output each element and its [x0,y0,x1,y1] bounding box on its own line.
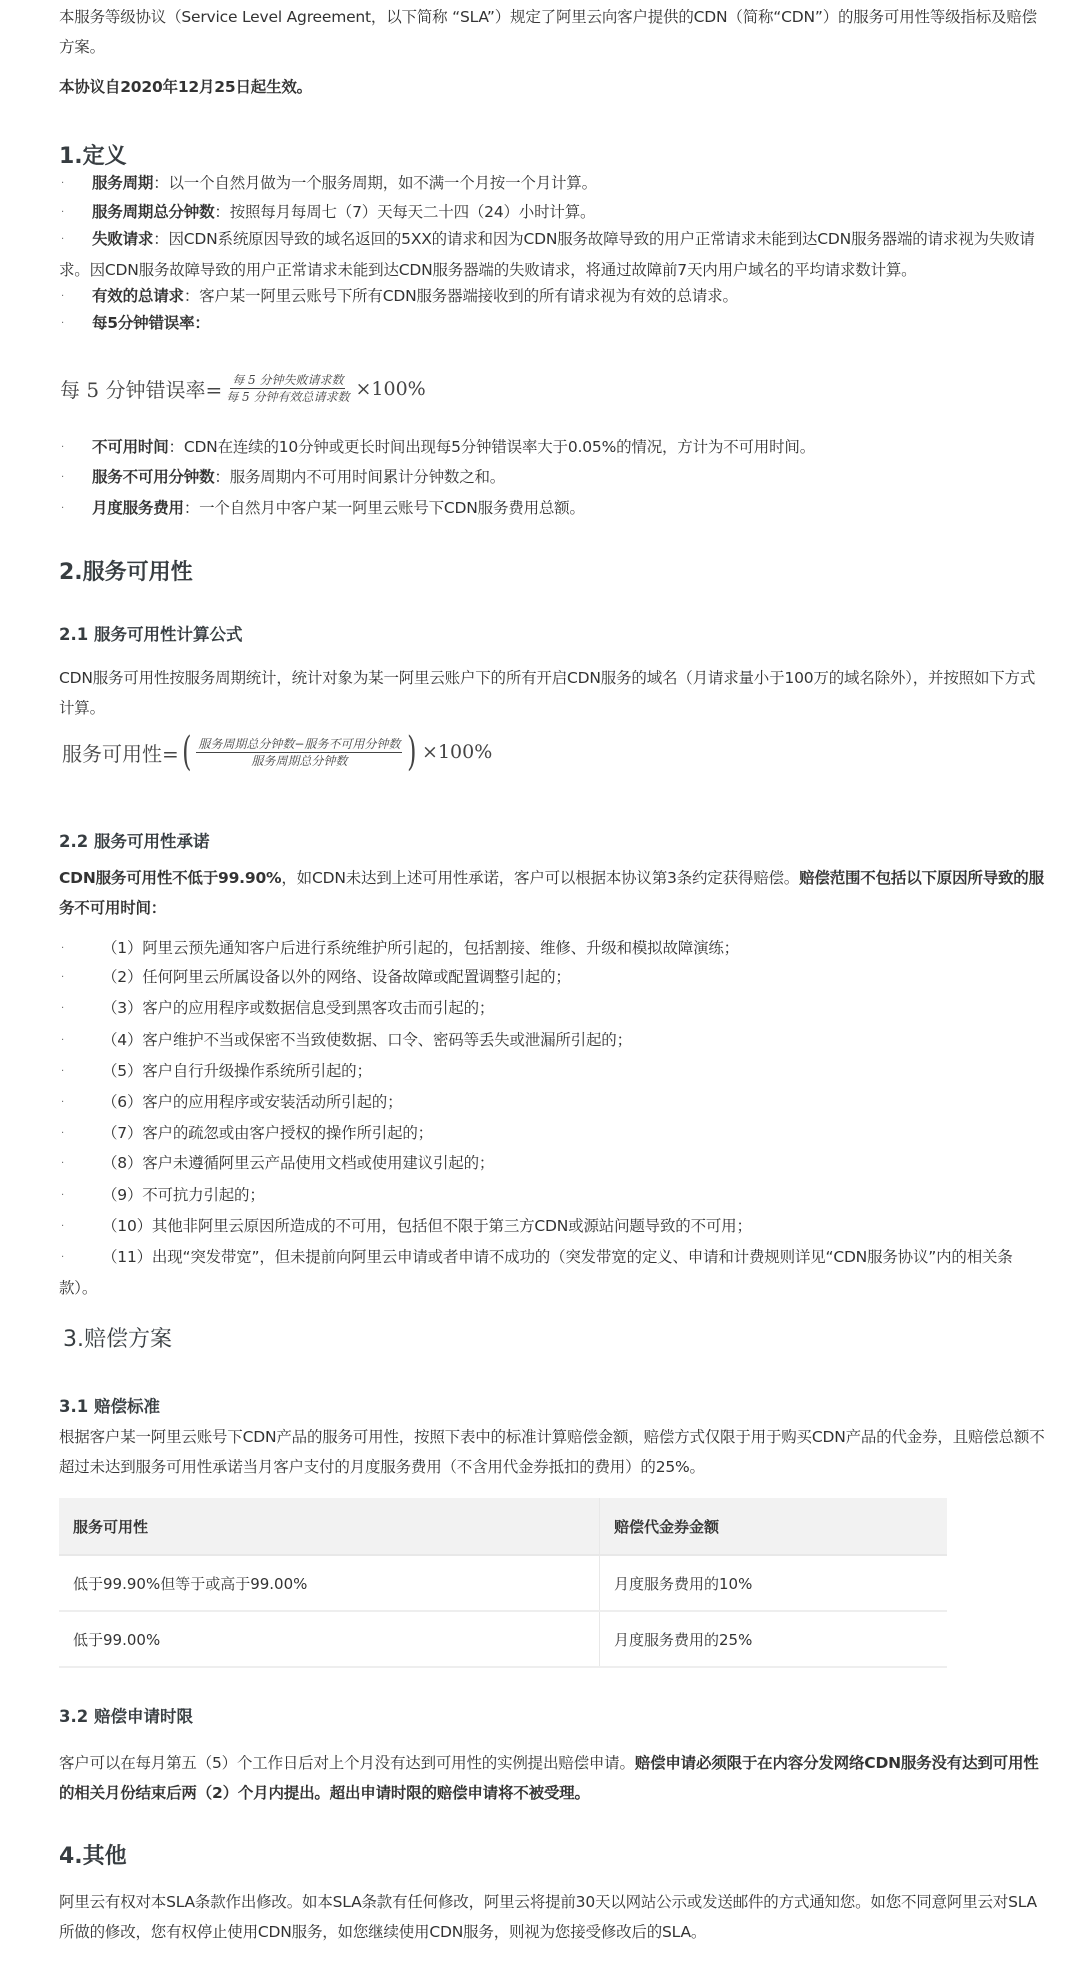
definition-text: ：服务周期内不可用时间累计分钟数之和。 [214,468,505,486]
exclusion-text: （5）客户自行升级操作系统所引起的； [102,1062,372,1080]
exclusion-item: ·（2）任何阿里云所属设备以外的网络、设备故障或配置调整引起的； [59,962,1049,993]
definition-term: 月度服务费用 [92,499,184,517]
exclusion-item: ·（8）客户未遵循阿里云产品使用文档或使用建议引起的； [59,1148,1049,1179]
bullet-icon: · [59,169,92,199]
formula-multiplier: ×100% [422,741,492,763]
section-3-1-heading: 3.1 赔偿标准 [59,1394,160,1420]
exclusion-item: ·（6）客户的应用程序或安装活动所引起的； [59,1087,1049,1118]
other-paragraph: 阿里云有权对本SLA条款作出修改。如本SLA条款有任何修改，阿里云将提前30天以… [59,1887,1049,1947]
table-cell: 月度服务费用的25% [600,1611,948,1667]
exclusion-item: ·（5）客户自行升级操作系统所引起的； [59,1056,1049,1087]
exclusion-item: ·（4）客户维护不当或保密不当致使数据、口令、密码等丢失或泄漏所引起的； [59,1025,1049,1056]
formula-multiplier: ×100% [355,378,425,400]
table-row: 低于99.90%但等于或高于99.00% 月度服务费用的10% [59,1555,947,1611]
formula-fraction: 服务周期总分钟数−服务不可用分钟数 服务周期总分钟数 [196,736,402,769]
error-rate-formula: 每 5 分钟错误率= 每 5 分钟失败请求数 每 5 分钟有效总请求数 ×100… [60,372,426,405]
exclusion-item: ·（11）出现“突发带宽”，但未提前向阿里云申请或者申请不成功的（突发带宽的定义… [59,1242,1049,1303]
formula-lhs: 服务可用性= [62,738,179,767]
definition-text: ：一个自然月中客户某一阿里云账号下CDN服务费用总额。 [184,499,585,517]
compensation-paragraph: 根据客户某一阿里云账号下CDN产品的服务可用性，按照下表中的标准计算赔偿金额，赔… [59,1422,1049,1482]
bullet-icon: · [59,1212,102,1242]
commitment-paragraph: CDN服务可用性不低于99.90%，如CDN未达到上述可用性承诺，客户可以根据本… [59,863,1049,923]
definition-term: 失败请求 [92,230,153,248]
section-3-heading: 3.赔偿方案 [63,1325,172,1355]
exclusion-text: （2）任何阿里云所属设备以外的网络、设备故障或配置调整引起的； [102,968,571,986]
bullet-icon: · [59,934,102,964]
bullet-icon: · [59,1149,102,1179]
bullet-icon: · [59,309,92,339]
exclusion-text: （10）其他非阿里云原因所造成的不可用，包括但不限于第三方CDN或源站问题导致的… [102,1217,752,1235]
formula-close-paren: ) [408,732,417,772]
commitment-text: ，如CDN未达到上述可用性承诺，客户可以根据本协议第3条约定获得赔偿。 [281,869,799,887]
table-cell: 低于99.00% [59,1611,600,1667]
formula-denominator: 每 5 分钟有效总请求数 [224,389,351,405]
bullet-icon: · [59,463,92,493]
definition-item: ·失败请求：因CDN系统原因导致的域名返回的5XX的请求和因为CDN服务故障导致… [59,224,1049,285]
definition-term: 每5分钟错误率 [92,314,194,332]
effective-date: 本协议自2020年12月25日起生效。 [59,72,1049,102]
bullet-icon: · [59,1088,102,1118]
exclusion-item: ·（10）其他非阿里云原因所造成的不可用，包括但不限于第三方CDN或源站问题导致… [59,1211,1049,1242]
section-4-heading: 4.其他 [59,1842,127,1872]
claim-deadline-paragraph: 客户可以在每月第五（5）个工作日后对上个月没有达到可用性的实例提出赔偿申请。赔偿… [59,1748,1049,1808]
definition-text: ：客户某一阿里云账号下所有CDN服务器端接收到的所有请求视为有效的总请求。 [184,287,738,305]
bullet-icon: · [59,963,102,993]
bullet-icon: · [59,994,102,1024]
bullet-icon: · [59,1057,102,1087]
bullet-icon: · [59,1181,102,1211]
table-header-row: 服务可用性 赔偿代金券金额 [59,1498,947,1555]
definition-text: ：因CDN系统原因导致的域名返回的5XX的请求和因为CDN服务故障导致的用户正常… [59,230,1035,279]
table-row: 低于99.00% 月度服务费用的25% [59,1611,947,1667]
commitment-bold: CDN服务可用性不低于99.90% [59,869,281,887]
definition-term: 服务周期 [92,174,153,192]
definition-item: ·服务不可用分钟数：服务周期内不可用时间累计分钟数之和。 [59,462,1049,493]
section-2-2-heading: 2.2 服务可用性承诺 [59,829,209,855]
formula-numerator: 每 5 分钟失败请求数 [230,372,345,389]
exclusion-item: ·（9）不可抗力引起的； [59,1180,1049,1211]
exclusion-text: （11）出现“突发带宽”，但未提前向阿里云申请或者申请不成功的（突发带宽的定义、… [59,1248,1013,1297]
section-2-1-heading: 2.1 服务可用性计算公式 [59,622,242,648]
table-header-voucher: 赔偿代金券金额 [600,1498,948,1555]
exclusion-text: （8）客户未遵循阿里云产品使用文档或使用建议引起的； [102,1154,494,1172]
section-2-heading: 2.服务可用性 [59,558,193,588]
definition-item: ·每5分钟错误率： [59,308,1049,339]
definition-text: ：按照每月每周七（7）天每天二十四（24）小时计算。 [214,203,595,221]
bullet-icon: · [59,282,92,312]
formula-fraction: 每 5 分钟失败请求数 每 5 分钟有效总请求数 [224,372,351,405]
definition-item: ·服务周期总分钟数：按照每月每周七（7）天每天二十四（24）小时计算。 [59,197,1049,228]
definition-item: ·月度服务费用：一个自然月中客户某一阿里云账号下CDN服务费用总额。 [59,493,1049,524]
bullet-icon: · [59,1243,102,1273]
compensation-table: 服务可用性 赔偿代金券金额 低于99.90%但等于或高于99.00% 月度服务费… [59,1498,947,1668]
definition-term: 服务周期总分钟数 [92,203,214,221]
exclusion-text: （9）不可抗力引起的； [102,1186,265,1204]
bullet-icon: · [59,1119,102,1149]
definition-term: 有效的总请求 [92,287,184,305]
exclusion-item: ·（3）客户的应用程序或数据信息受到黑客攻击而引起的； [59,993,1049,1024]
exclusion-text: （6）客户的应用程序或安装活动所引起的； [102,1093,402,1111]
bullet-icon: · [59,433,92,463]
definition-term: 服务不可用分钟数 [92,468,214,486]
definition-text: ： [194,314,209,332]
definition-text: ：以一个自然月做为一个服务周期，如不满一个月按一个月计算。 [153,174,597,192]
formula-open-paren: ( [182,732,191,772]
bullet-icon: · [59,198,92,228]
exclusion-item: ·（1）阿里云预先通知客户后进行系统维护所引起的，包括割接、维修、升级和模拟故障… [59,933,1049,964]
availability-formula: 服务可用性= ( 服务周期总分钟数−服务不可用分钟数 服务周期总分钟数 ) ×1… [62,732,492,772]
formula-numerator: 服务周期总分钟数−服务不可用分钟数 [196,736,402,753]
bullet-icon: · [59,1026,102,1056]
intro-paragraph: 本服务等级协议（Service Level Agreement，以下简称 “SL… [59,2,1049,62]
bullet-icon: · [59,225,92,255]
section-3-2-heading: 3.2 赔偿申请时限 [59,1704,193,1730]
definition-item: ·服务周期：以一个自然月做为一个服务周期，如不满一个月按一个月计算。 [59,168,1049,199]
exclusion-text: （4）客户维护不当或保密不当致使数据、口令、密码等丢失或泄漏所引起的； [102,1031,632,1049]
claim-text: 客户可以在每月第五（5）个工作日后对上个月没有达到可用性的实例提出赔偿申请。 [59,1754,635,1772]
exclusion-text: （7）客户的疏忽或由客户授权的操作所引起的； [102,1124,433,1142]
definition-text: ：CDN在连续的10分钟或更长时间出现每5分钟错误率大于0.05%的情况，方计为… [169,438,815,456]
availability-paragraph: CDN服务可用性按服务周期统计，统计对象为某一阿里云账户下的所有开启CDN服务的… [59,663,1049,723]
definition-item: ·不可用时间：CDN在连续的10分钟或更长时间出现每5分钟错误率大于0.05%的… [59,432,1049,463]
formula-denominator: 服务周期总分钟数 [249,753,349,769]
table-cell: 低于99.90%但等于或高于99.00% [59,1555,600,1611]
table-cell: 月度服务费用的10% [600,1555,948,1611]
definition-term: 不可用时间 [92,438,169,456]
table-header-availability: 服务可用性 [59,1498,600,1555]
exclusion-text: （3）客户的应用程序或数据信息受到黑客攻击而引起的； [102,999,494,1017]
formula-lhs: 每 5 分钟错误率= [60,374,222,403]
definition-item: ·有效的总请求：客户某一阿里云账号下所有CDN服务器端接收到的所有请求视为有效的… [59,281,1049,312]
exclusion-text: （1）阿里云预先通知客户后进行系统维护所引起的，包括割接、维修、升级和模拟故障演… [102,939,739,957]
exclusion-item: ·（7）客户的疏忽或由客户授权的操作所引起的； [59,1118,1049,1149]
bullet-icon: · [59,494,92,524]
